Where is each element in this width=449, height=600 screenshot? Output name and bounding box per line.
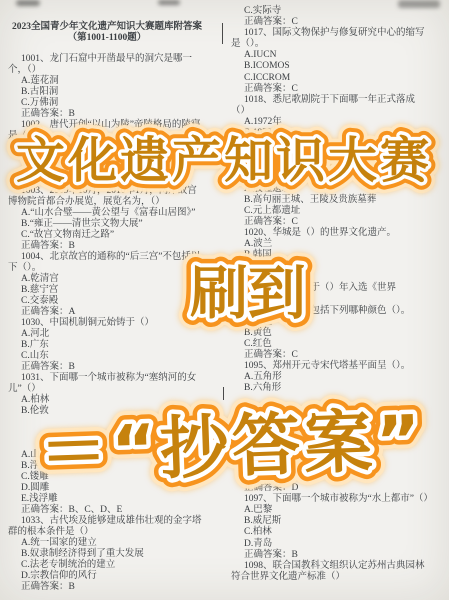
doc-line: B.ICOMOS xyxy=(231,61,429,72)
banner-fill-layer: 刷到 xyxy=(190,259,306,327)
doc-line: 正确答案：B xyxy=(8,582,206,593)
doc-line: A.五角形 xyxy=(231,372,429,383)
doc-line: 1033、古代埃及能够建成雄伟壮观的金字塔群的根本条件是（） xyxy=(8,516,206,538)
doc-line: C.法老专制统治的建立 xyxy=(8,560,206,571)
doc-line: 正确答案：C xyxy=(231,84,429,95)
sticker-text-shuadao: 刷到 刷到 刷到 刷到 xyxy=(148,243,348,355)
doc-line: C.“故宫文物南迁之路” xyxy=(8,230,206,241)
doc-line: 正确答案：C xyxy=(231,217,429,228)
doc-line: 正确答案：B、C、D、E xyxy=(8,505,206,516)
doc-line: 1001、龙门石窟中开凿最早的洞穴是哪一个，（） xyxy=(8,54,206,76)
doc-line: C.柏林 xyxy=(231,527,429,538)
doc-line: 1020、华城是（）的世界文化遗产。 xyxy=(231,228,429,239)
doc-line: A.莲花洞 xyxy=(8,76,206,87)
doc-line: 1018、悉尼歌剧院于下面哪一年正式落成（） xyxy=(231,95,429,117)
doc-line: 正确答案：B xyxy=(231,550,429,561)
doc-line: C.实际寺 xyxy=(231,6,429,17)
banner-fill-layer: ＝“抄答案” xyxy=(38,401,426,493)
sticker-text-copy-answers: ＝“抄答案” ＝“抄答案” ＝“抄答案” ＝“抄答案” xyxy=(0,384,449,506)
page-edge-smudge xyxy=(16,0,40,6)
doc-line: 1017、国际文物保护与修复研究中心的缩写是（）。 xyxy=(231,28,429,50)
doc-line: C.元上都遗址 xyxy=(231,206,429,217)
doc-line: 正确答案：B xyxy=(8,362,206,373)
doc-line: 1095、郑州开元寺宋代塔基平面呈（）。 xyxy=(231,361,429,372)
sticker-text-heritage-contest: 文化遗产知识大赛 文化遗产知识大赛 文化遗产知识大赛 文化遗产知识大赛 xyxy=(0,120,449,204)
doc-line: C.万佛洞 xyxy=(8,98,206,109)
doc-line: D.宗教信仰的风行 xyxy=(8,571,206,582)
column-divider-mark xyxy=(222,23,223,44)
doc-line: 1098、联合国教科文组织认定苏州古典园林符合世界文化遗产标准（） xyxy=(231,561,429,583)
doc-line: 2023全国青少年文化遗产知识大赛题库附答案（第1001-1100题） xyxy=(8,22,206,44)
doc-line: B.古阳洞 xyxy=(8,87,206,98)
doc-line: B.威尼斯 xyxy=(231,516,429,527)
doc-line: A.统一国家的建立 xyxy=(8,538,206,549)
doc-line: A.“山水合璧——黄公望与《富春山居图》” xyxy=(8,208,206,219)
doc-line: 正确答案：B xyxy=(8,109,206,120)
doc-line: B.“雍正——清世宗文物大展” xyxy=(8,219,206,230)
doc-line: D.青岛 xyxy=(231,539,429,550)
doc-line: B.奴隶制经济得到了重大发展 xyxy=(8,549,206,560)
doc-line: C.ICCROM xyxy=(231,73,429,84)
banner-fill-layer: 文化遗产知识大赛 xyxy=(16,132,432,189)
quiz-document-page: 2023全国青少年文化遗产知识大赛题库附答案（第1001-1100题）1001、… xyxy=(0,0,449,600)
doc-line: 正确答案：C xyxy=(231,17,429,28)
page-edge-smudge xyxy=(158,0,180,5)
doc-line: A.巴黎 xyxy=(231,505,429,516)
doc-line: A.IUCN xyxy=(231,50,429,61)
